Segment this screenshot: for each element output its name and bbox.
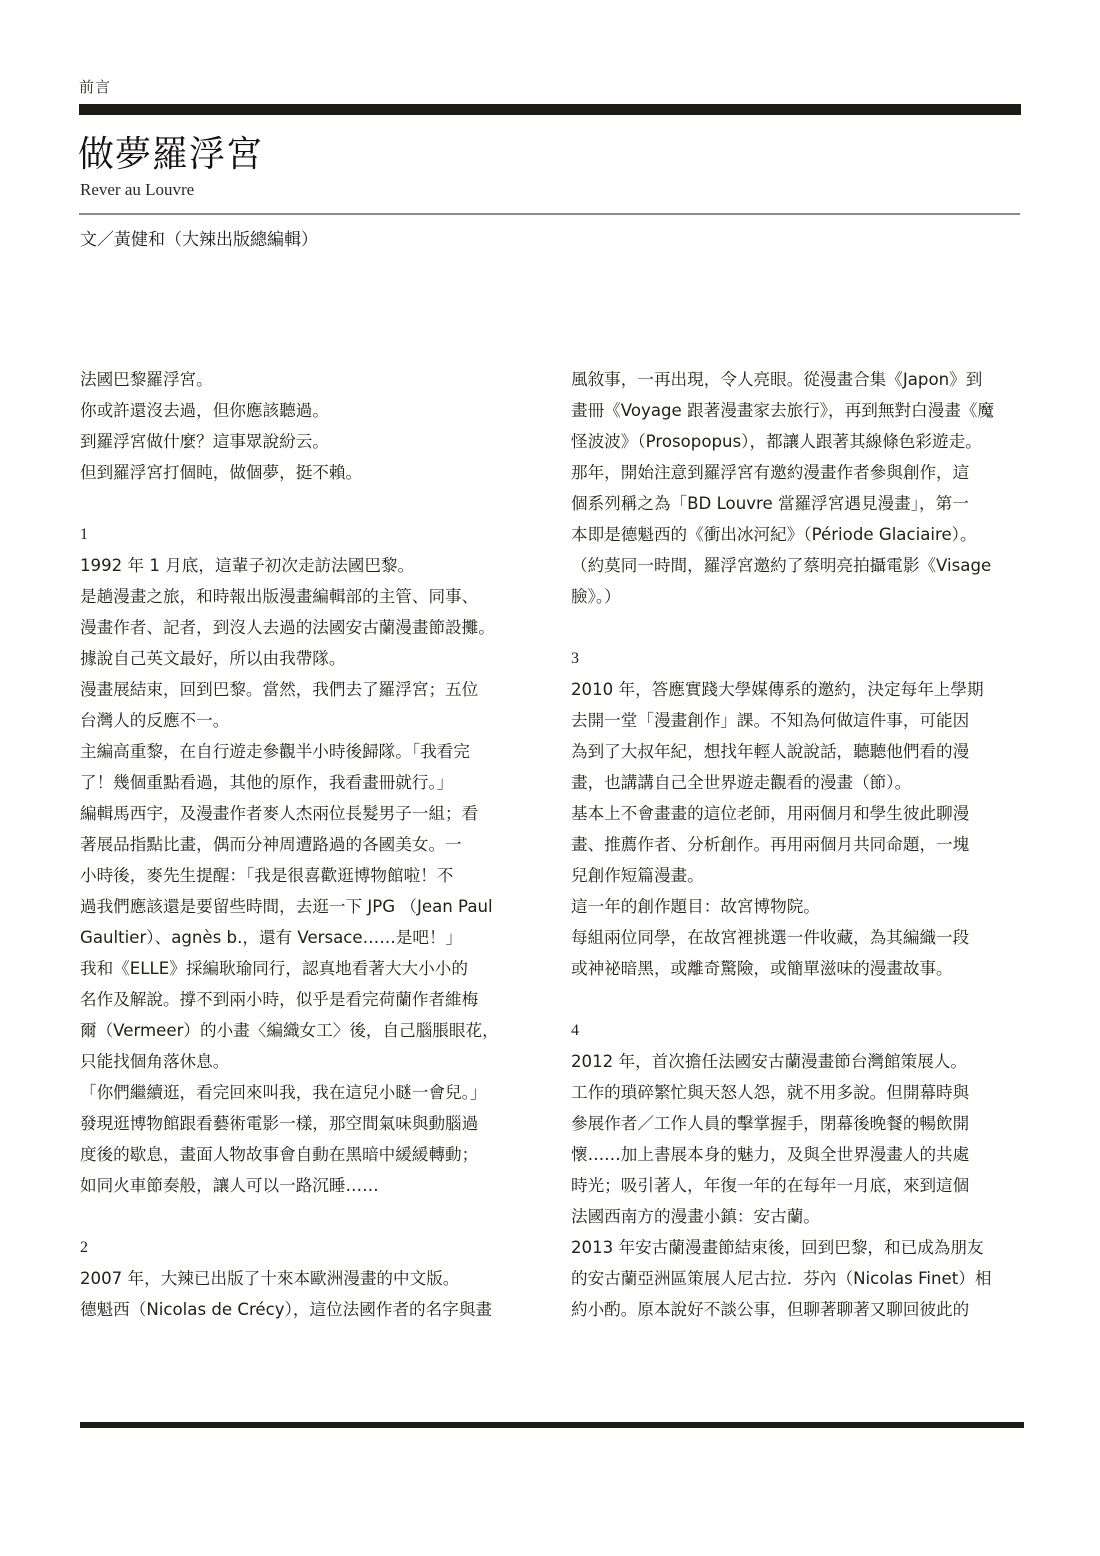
text-line: 2007 年，大辣已出版了十來本歐洲漫畫的中文版。 [80, 1263, 532, 1294]
footer-rule [80, 1422, 1024, 1428]
text-line: 這一年的創作題目：故宮博物院。 [571, 891, 1023, 922]
text-line: 時光；吸引著人，年復一年的在每年一月底，來到這個 [571, 1170, 1023, 1201]
text-line: 或神祕暗黑，或離奇驚險，或簡單滋味的漫畫故事。 [571, 953, 1023, 984]
section-number: 4 [571, 1015, 1023, 1046]
page-title: 做夢羅浮宮 [78, 132, 263, 178]
text-line: 據說自己英文最好，所以由我帶隊。 [80, 643, 532, 674]
text-line: 2010 年，答應實踐大學媒傳系的邀約，決定每年上學期 [571, 674, 1023, 705]
text-line: 「你們繼續逛，看完回來叫我，我在這兒小瞇一會兒。」 [80, 1077, 532, 1108]
text-line: 著展品指點比畫，偶而分神周遭路過的各國美女。一 [80, 829, 532, 860]
text-line: 法國巴黎羅浮宮。 [80, 364, 532, 395]
text-line: 度後的歇息，畫面人物故事會自動在黑暗中緩緩轉動； [80, 1139, 532, 1170]
text-line: 畫，也講講自己全世界遊走觀看的漫畫（節）。 [571, 767, 1023, 798]
text-line: 爾（Vermeer）的小畫〈編織女工〉後，自己腦脹眼花， [80, 1015, 532, 1046]
text-line: 主編高重黎，在自行遊走參觀半小時後歸隊。「我看完 [80, 736, 532, 767]
paragraph-gap [80, 488, 532, 519]
title-divider [79, 213, 1020, 215]
text-line: 的安古蘭亞洲區策展人尼古拉．芬內（Nicolas Finet）相 [571, 1263, 1023, 1294]
text-line: 每組兩位同學，在故宮裡挑選一件收藏，為其編織一段 [571, 922, 1023, 953]
text-line: 發現逛博物館跟看藝術電影一樣，那空間氣味與動腦過 [80, 1108, 532, 1139]
text-line: Gaultier）、agnès b.，還有 Versace……是吧！」 [80, 922, 532, 953]
paragraph-gap [571, 612, 1023, 643]
section-number: 1 [80, 519, 532, 550]
text-line: 你或許還沒去過，但你應該聽過。 [80, 395, 532, 426]
text-line: 1992 年 1 月底，這輩子初次走訪法國巴黎。 [80, 550, 532, 581]
text-line: 法國西南方的漫畫小鎮：安古蘭。 [571, 1201, 1023, 1232]
text-line: 怪波波》（Prosopopus），都讓人跟著其線條色彩遊走。 [571, 426, 1023, 457]
text-line: 名作及解說。撐不到兩小時，似乎是看完荷蘭作者維梅 [80, 984, 532, 1015]
section-number: 2 [80, 1232, 532, 1263]
text-line: 個系列稱之為「BD Louvre 當羅浮宮遇見漫畫」，第一 [571, 488, 1023, 519]
text-line: 漫畫展結束，回到巴黎。當然，我們去了羅浮宮；五位 [80, 674, 532, 705]
paragraph-gap [571, 984, 1023, 1015]
text-line: 基本上不會畫畫的這位老師，用兩個月和學生彼此聊漫 [571, 798, 1023, 829]
text-line: 2013 年安古蘭漫畫節結束後，回到巴黎，和已成為朋友 [571, 1232, 1023, 1263]
text-line: 如同火車節奏般，讓人可以一路沉睡…… [80, 1170, 532, 1201]
text-line: 本即是德魁西的《衝出冰河紀》（Période Glaciaire）。 [571, 519, 1023, 550]
text-line: 畫冊《Voyage 跟著漫畫家去旅行》，再到無對白漫畫《魔 [571, 395, 1023, 426]
text-line: 臉》。） [571, 581, 1023, 612]
header-rule [79, 104, 1021, 115]
text-line: 德魁西（Nicolas de Crécy），這位法國作者的名字與畫 [80, 1294, 532, 1325]
text-line: 去開一堂「漫畫創作」課。不知為何做這件事，可能因 [571, 705, 1023, 736]
body-column-right: 風敘事，一再出現，令人亮眼。從漫畫合集《Japon》到畫冊《Voyage 跟著漫… [571, 364, 1023, 1325]
text-line: 參展作者／工作人員的擊掌握手，閉幕後晚餐的暢飲開 [571, 1108, 1023, 1139]
text-line: 為到了大叔年紀，想找年輕人說說話，聽聽他們看的漫 [571, 736, 1023, 767]
text-line: 約小酌。原本說好不談公事，但聊著聊著又聊回彼此的 [571, 1294, 1023, 1325]
text-line: 那年，開始注意到羅浮宮有邀約漫畫作者參與創作，這 [571, 457, 1023, 488]
text-line: 風敘事，一再出現，令人亮眼。從漫畫合集《Japon》到 [571, 364, 1023, 395]
text-line: 但到羅浮宮打個盹，做個夢，挺不賴。 [80, 457, 532, 488]
text-line: 只能找個角落休息。 [80, 1046, 532, 1077]
text-line: 漫畫作者、記者，到沒人去過的法國安古蘭漫畫節設攤。 [80, 612, 532, 643]
text-line: （約莫同一時間，羅浮宮邀約了蔡明亮拍攝電影《Visage [571, 550, 1023, 581]
text-line: 了！幾個重點看過，其他的原作，我看畫冊就行。」 [80, 767, 532, 798]
text-line: 懷……加上書展本身的魅力，及與全世界漫畫人的共處 [571, 1139, 1023, 1170]
text-line: 編輯馬西宇，及漫畫作者麥人杰兩位長髮男子一組；看 [80, 798, 532, 829]
text-line: 是趟漫畫之旅，和時報出版漫畫編輯部的主管、同事、 [80, 581, 532, 612]
text-line: 我和《ELLE》採編耿瑜同行，認真地看著大大小小的 [80, 953, 532, 984]
text-line: 過我們應該還是要留些時間，去逛一下 JPG （Jean Paul [80, 891, 532, 922]
section-number: 3 [571, 643, 1023, 674]
text-line: 到羅浮宮做什麼？這事眾說紛云。 [80, 426, 532, 457]
text-line: 2012 年，首次擔任法國安古蘭漫畫節台灣館策展人。 [571, 1046, 1023, 1077]
author-byline: 文／黃健和（大辣出版總編輯） [80, 228, 318, 252]
page-subtitle: Rever au Louvre [80, 180, 194, 200]
body-column-left: 法國巴黎羅浮宮。你或許還沒去過，但你應該聽過。到羅浮宮做什麼？這事眾說紛云。但到… [80, 364, 532, 1325]
paragraph-gap [80, 1201, 532, 1232]
section-label: 前言 [79, 76, 111, 97]
text-line: 工作的瑣碎繁忙與天怒人怨，就不用多說。但開幕時與 [571, 1077, 1023, 1108]
text-line: 台灣人的反應不一。 [80, 705, 532, 736]
text-line: 畫、推薦作者、分析創作。再用兩個月共同命題，一塊 [571, 829, 1023, 860]
text-line: 兒創作短篇漫畫。 [571, 860, 1023, 891]
text-line: 小時後，麥先生提醒：「我是很喜歡逛博物館啦！不 [80, 860, 532, 891]
